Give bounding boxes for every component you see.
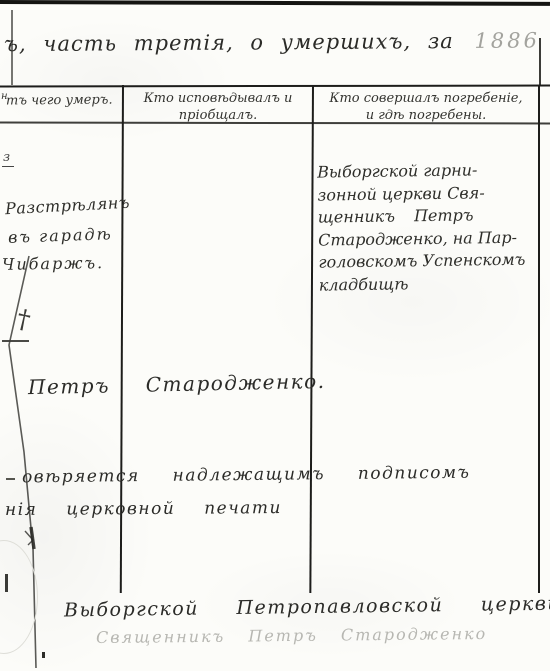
signature-church-line: Выборгской Петропавловской церкви [64,593,550,622]
confessor-name: Петръ Стародженко. [28,369,326,399]
right-border-upper-segment [539,38,541,85]
col3-header-line2: и гдѣ погребены. [316,107,536,124]
burial-line-6: кладбищѣ [319,271,545,297]
page-title: ъ, часть третія, о умершихъ, за 1886 год… [4,28,550,56]
bottom-small-dot [42,652,45,658]
column-divider-2 [309,85,314,593]
burial-line-2: зонной церкви Свя- [317,181,543,207]
bottom-left-tick [5,574,8,592]
burial-line-3: щенникъ Петръ [318,203,544,229]
col2-header: Кто исповѣдывалъ и пріобщалъ. [126,90,310,124]
attestation-line-1: овѣряется надлежащимъ подписомъ [22,463,471,488]
table-header-top-rule [0,85,550,88]
burial-line-4: Стародженко, на Пар- [318,226,544,252]
page-title-prefix: ъ, часть третія, о умершихъ, за [4,29,454,56]
col2-header-line1: Кто исповѣдывалъ и [126,90,310,107]
burial-line-5: головскомъ Успенскомъ [318,248,544,274]
col3-header-line1: Кто совершалъ погребеніе, [316,90,536,107]
signature-signer-line: Священникъ Петръ Стародженко [96,624,487,647]
scan-top-edge-line [0,0,550,6]
col3-header: Кто совершалъ погребеніе, и гдѣ погребен… [316,90,536,124]
page-title-year: 1886 [474,28,540,52]
scanned-document-page: ъ, часть третія, о умершихъ, за 1886 год… [0,0,550,671]
burial-entry: Выборгской гарни- зонной церкви Свя- щен… [317,158,545,296]
col2-header-line2: пріобщалъ. [126,107,310,124]
burial-line-1: Выборгской гарни- [317,158,543,184]
